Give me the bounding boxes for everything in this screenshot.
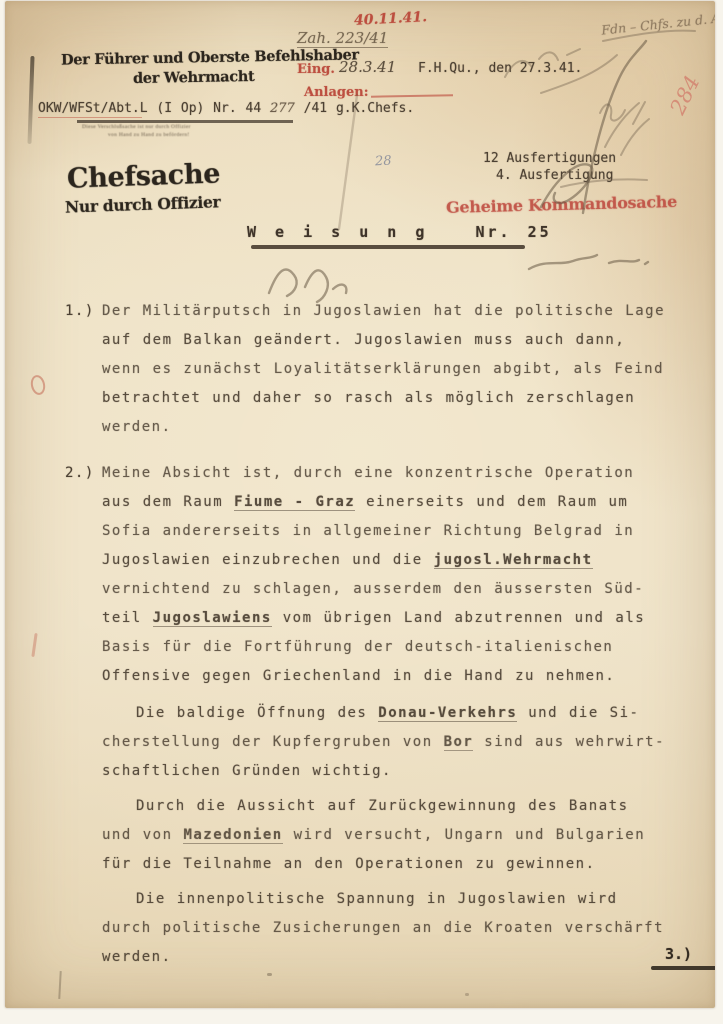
body-line: cherstellung der Kupfergruben von Bor si… bbox=[102, 728, 687, 757]
file-reference-prefix: OKW/WFSt/Abt.L (I Op) Nr. 44 bbox=[38, 101, 261, 116]
directive-title-word: W e i s u n g bbox=[247, 223, 427, 241]
file-reference-suffix: /41 g.K.Chefs. bbox=[304, 101, 415, 116]
body-line: Offensive gegen Griechenland in die Hand… bbox=[102, 662, 687, 691]
body-line: für die Teilnahme an den Operationen zu … bbox=[102, 850, 687, 879]
blue-crayon-number: 28 bbox=[375, 154, 392, 170]
catchword-underline bbox=[651, 966, 715, 970]
body-line: auf dem Balkan geändert. Jugoslawien mus… bbox=[102, 326, 687, 355]
paragraph-number: 1.) bbox=[65, 297, 95, 326]
body-line: Durch die Aussicht auf Zurückgewinnung d… bbox=[102, 792, 687, 821]
body-line: werden. bbox=[102, 413, 687, 442]
red-page-number: 284 bbox=[665, 72, 704, 119]
body-line: Basis für die Fortführung der deutsch-it… bbox=[102, 633, 687, 662]
body-line: durch politische Zusicherungen an die Kr… bbox=[102, 914, 687, 943]
registry-red-number: 40.11.41. bbox=[354, 9, 428, 29]
file-reference-red-underline bbox=[38, 117, 142, 118]
pencil-speck bbox=[58, 971, 61, 999]
file-reference: OKW/WFSt/Abt.L (I Op) Nr. 44 277 /41 g.K… bbox=[38, 101, 414, 116]
chefsache-stamp-line1: Chefsache bbox=[67, 158, 221, 194]
document-page: Der Führer und Oberste Befehlshaber der … bbox=[5, 1, 715, 1008]
body-line: Die innenpolitische Spannung in Jugoslaw… bbox=[102, 885, 687, 914]
letterhead-line2: der Wehrmacht bbox=[133, 68, 255, 87]
received-date: 28.3.41 bbox=[339, 58, 396, 76]
red-margin-mark-bottom bbox=[31, 633, 37, 657]
anlagen-line bbox=[371, 94, 453, 97]
initials-scribble bbox=[529, 255, 648, 269]
body-line: Jugoslawien einzubrechen und die jugosl.… bbox=[102, 546, 687, 575]
paragraph-number: 2.) bbox=[65, 459, 95, 488]
signature-scribble bbox=[583, 41, 646, 213]
body-line: vernichtend zu schlagen, ausserdem den ä… bbox=[102, 575, 687, 604]
body-line: teil Jugoslawiens vom übrigen Land abzut… bbox=[102, 604, 687, 633]
directive-title-number: Nr. 25 bbox=[476, 223, 552, 241]
chefsache-stamp-line2: Nur durch Offizier bbox=[65, 192, 221, 216]
body-line: und von Mazedonien wird versucht, Ungarn… bbox=[102, 821, 687, 850]
body-line: schaftlichen Gründen wichtig. bbox=[102, 757, 687, 786]
body-line: werden. bbox=[102, 943, 687, 972]
fine-print-line2: von Hand zu Hand zu befördern! bbox=[108, 132, 190, 138]
paragraph-4: Durch die Aussicht auf Zurückgewinnung d… bbox=[102, 792, 687, 879]
title-underline bbox=[251, 245, 525, 249]
paragraph-5: Die innenpolitische Spannung in Jugoslaw… bbox=[102, 885, 687, 972]
signature-scribble bbox=[605, 103, 649, 155]
body-line: Die baldige Öffnung des Donau-Verkehrs u… bbox=[102, 699, 687, 728]
scan-background: { "document": { "letterhead": { "line1":… bbox=[0, 0, 723, 1024]
anlagen-label: Anlagen: bbox=[304, 85, 369, 100]
paragraph-3: Die baldige Öffnung des Donau-Verkehrs u… bbox=[102, 699, 687, 786]
fine-print-rule bbox=[77, 120, 293, 123]
pencil-speck bbox=[465, 993, 469, 996]
top-right-pencil-note: Fdn – Chfs. zu d. Akten bbox=[601, 7, 715, 37]
file-reference-handwritten-number: 277 bbox=[270, 101, 295, 116]
directive-title: W e i s u n g Nr. 25 bbox=[247, 223, 552, 241]
distribution-count: 12 Ausfertigungen bbox=[483, 151, 616, 166]
fine-print-line1: Diese Verschlußsache ist nur durch Offiz… bbox=[82, 124, 191, 130]
body-line: aus dem Raum Fiume - Graz einerseits und… bbox=[102, 488, 687, 517]
red-margin-mark-top bbox=[29, 374, 47, 396]
received-stamp: Eing. bbox=[297, 62, 335, 77]
paragraph-1: 1.) Der Militärputsch in Jugoslawien hat… bbox=[102, 297, 687, 442]
catchword: 3.) bbox=[665, 945, 692, 963]
signature-scribble bbox=[600, 102, 645, 124]
paragraph-2: 2.) Meine Absicht ist, durch eine konzen… bbox=[102, 459, 687, 691]
body-line: Der Militärputsch in Jugoslawien hat die… bbox=[102, 297, 687, 326]
body-line: betrachtet und daher so rasch als möglic… bbox=[102, 384, 687, 413]
distribution-copy: 4. Ausfertigung bbox=[496, 168, 613, 183]
geheim-stamp: Geheime Kommandosache bbox=[446, 192, 677, 217]
page-edge-shadow bbox=[27, 56, 34, 144]
journal-number: Zah. 223/41 bbox=[297, 29, 388, 48]
pencil-speck bbox=[267, 973, 272, 976]
body-line: wenn es zunächst Loyalitätserklärungen a… bbox=[102, 355, 687, 384]
body-line: Meine Absicht ist, durch eine konzentris… bbox=[102, 459, 687, 488]
dateline: F.H.Qu., den 27.3.41. bbox=[418, 61, 582, 76]
body-line: Sofia andererseits in allgemeiner Richtu… bbox=[102, 517, 687, 546]
